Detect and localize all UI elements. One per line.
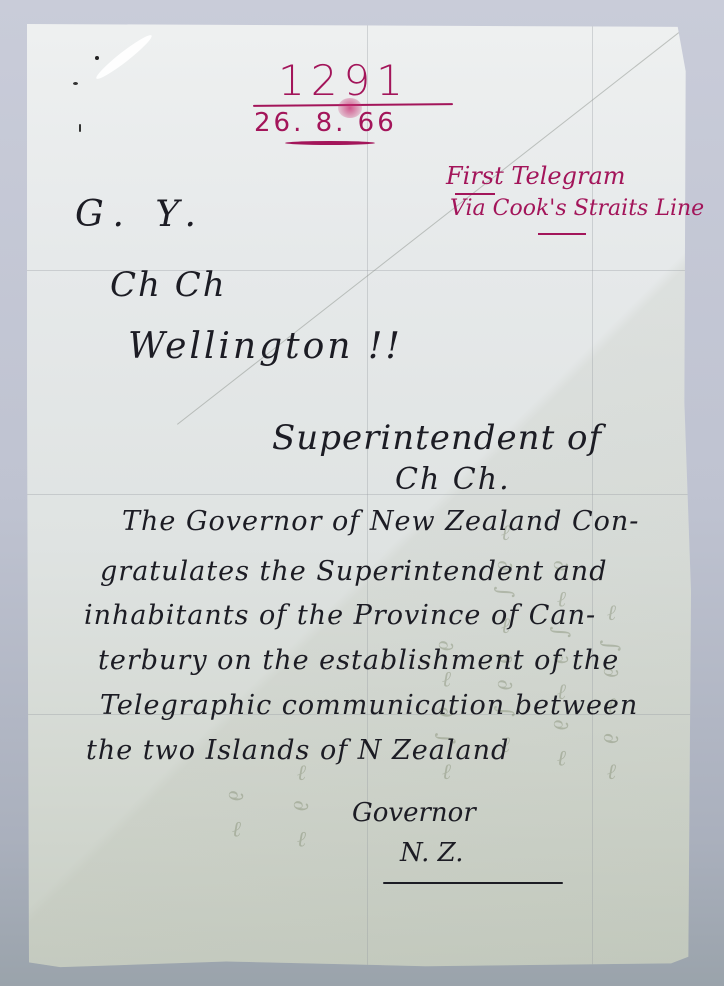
reference-underline [285, 141, 375, 145]
vertical-fold-line [367, 24, 368, 970]
ink-speck [79, 124, 81, 132]
margin-note-first-telegram: First Telegram [446, 162, 626, 190]
margin-note-underline [538, 233, 586, 235]
message-line: inhabitants of the Province of Can- [84, 600, 596, 631]
margin-note-via-line: Via Cook's Straits Line [450, 196, 704, 221]
ink-speck [73, 82, 78, 85]
sender-initials: G. Y. [75, 194, 206, 235]
destination-place: Wellington !! [128, 326, 403, 367]
ink-speck [95, 56, 99, 60]
reference-date: 26. 8. 66 [254, 108, 397, 138]
addressee-title: Superintendent of [272, 418, 602, 458]
message-line: Telegraphic communication between [100, 690, 638, 721]
origin-place: Ch Ch [110, 265, 227, 305]
reference-number: 1291 [278, 56, 409, 105]
message-line: gratulates the Superintendent and [100, 556, 607, 587]
signature-flourish [383, 882, 563, 884]
message-line: The Governor of New Zealand Con- [122, 506, 639, 537]
signature-title: Governor [352, 798, 476, 828]
bleed-through-writing: ℓ ∂ ℓ [280, 760, 320, 940]
message-line: terbury on the establishment of the [98, 645, 619, 676]
margin-note-underline [455, 193, 495, 195]
signature-initials: N. Z. [400, 838, 464, 868]
message-line: the two Islands of N Zealand [86, 735, 509, 766]
tear-crease [93, 32, 154, 83]
addressee-place: Ch Ch. [395, 462, 511, 497]
bleed-through-writing: ∂ ℓ [215, 790, 255, 910]
